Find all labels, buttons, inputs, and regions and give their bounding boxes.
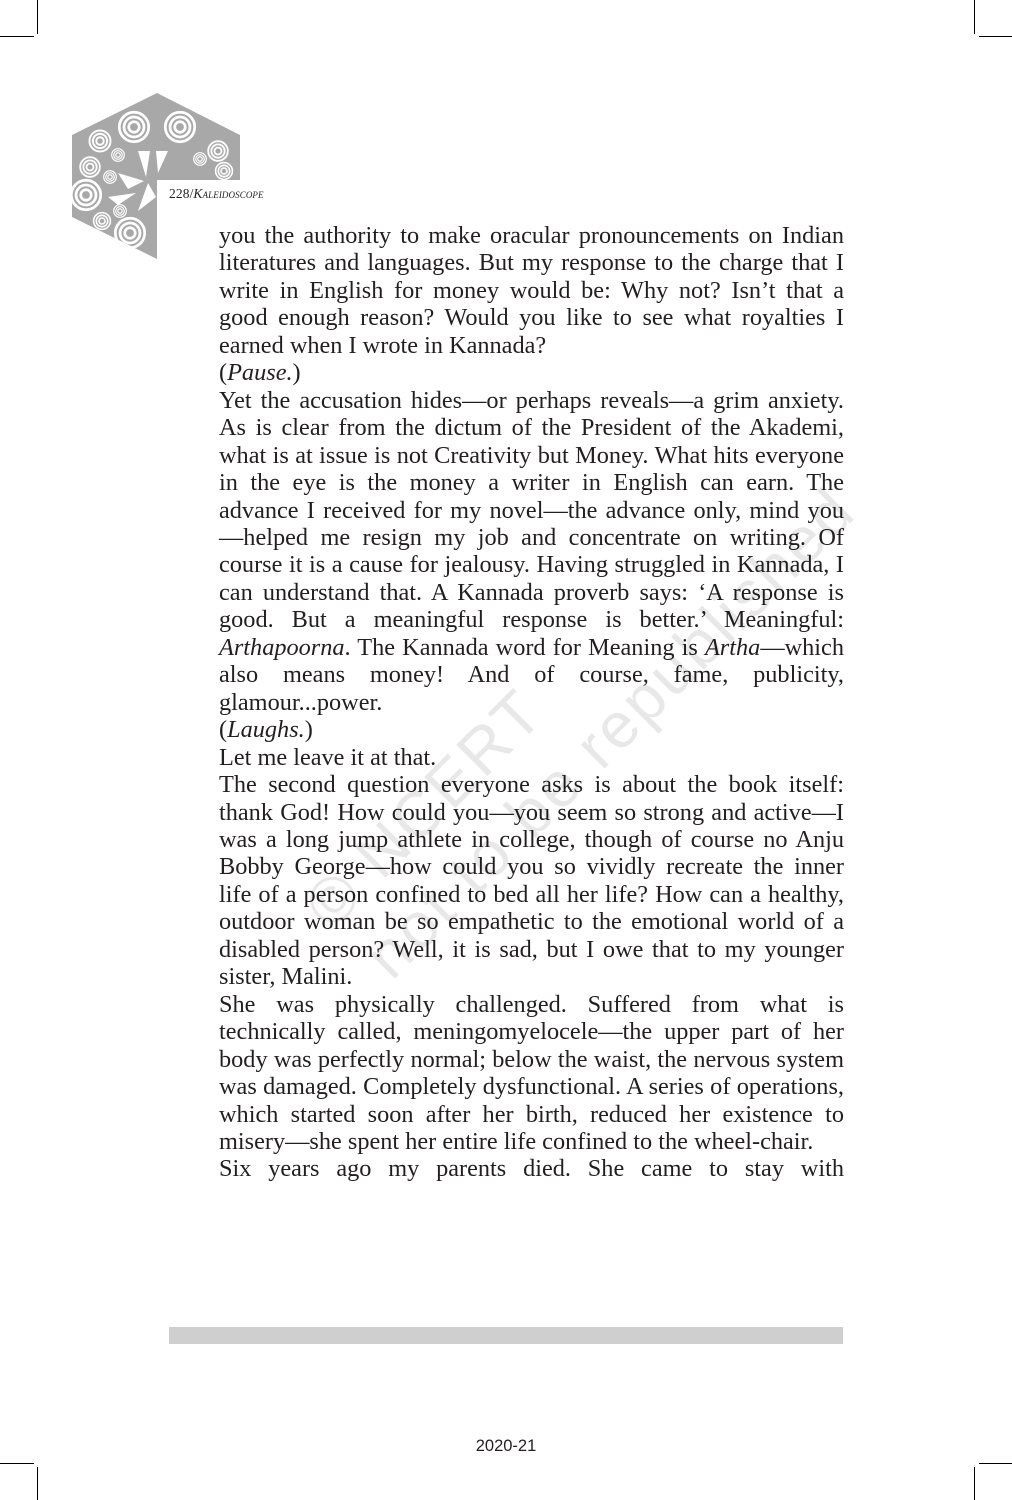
text-segment: Yet the accusation hides—or perhaps reve… — [219, 387, 844, 634]
text-segment: She was physically challenged. Suffered … — [219, 991, 844, 1155]
paragraph: (Pause.) — [219, 359, 844, 386]
text-segment: Let me leave it at that. — [219, 744, 436, 771]
body-text: you the authority to make oracular prono… — [219, 222, 844, 1183]
page-number: 228 — [169, 186, 190, 201]
text-segment: . The Kannada word for Meaning is — [345, 634, 705, 661]
kaleidoscope-ornament-icon — [72, 93, 242, 259]
crop-mark-bottom-right-h — [979, 1463, 1012, 1464]
paragraph: The second question everyone asks is abo… — [219, 771, 844, 991]
footer-grey-bar — [169, 1327, 843, 1344]
crop-mark-top-left-v — [37, 0, 38, 34]
paragraph: Six years ago my parents died. She came … — [219, 1155, 844, 1182]
text-segment: ( — [219, 359, 227, 386]
text-segment: Six years ago my parents died. She came … — [219, 1155, 844, 1182]
paragraph: you the authority to make oracular prono… — [219, 222, 844, 359]
italic-text: Pause. — [227, 359, 292, 386]
text-segment: ) — [305, 716, 313, 743]
italic-text: Laughs. — [227, 716, 305, 743]
crop-mark-top-right-v — [974, 0, 975, 34]
crop-mark-bottom-left-v — [37, 1467, 38, 1500]
book-title: Kaleidoscope — [193, 186, 263, 201]
text-segment: ) — [293, 359, 301, 386]
paragraph: (Laughs.) — [219, 716, 844, 743]
crop-mark-top-right-h — [979, 36, 1012, 37]
italic-text: Arthapoorna — [219, 634, 345, 661]
crop-mark-bottom-right-v — [974, 1467, 975, 1500]
text-segment: The second question everyone asks is abo… — [219, 771, 844, 990]
running-head: 228/Kaleidoscope — [169, 186, 264, 202]
paragraph: Let me leave it at that. — [219, 744, 844, 771]
text-segment: you the authority to make oracular prono… — [219, 222, 844, 359]
crop-mark-top-left-h — [0, 36, 34, 37]
italic-text: Artha — [705, 634, 760, 661]
text-segment: ( — [219, 716, 227, 743]
paragraph: She was physically challenged. Suffered … — [219, 991, 844, 1156]
crop-mark-bottom-left-h — [0, 1463, 34, 1464]
edition-year: 2020-21 — [0, 1437, 1012, 1456]
paragraph: Yet the accusation hides—or perhaps reve… — [219, 387, 844, 716]
